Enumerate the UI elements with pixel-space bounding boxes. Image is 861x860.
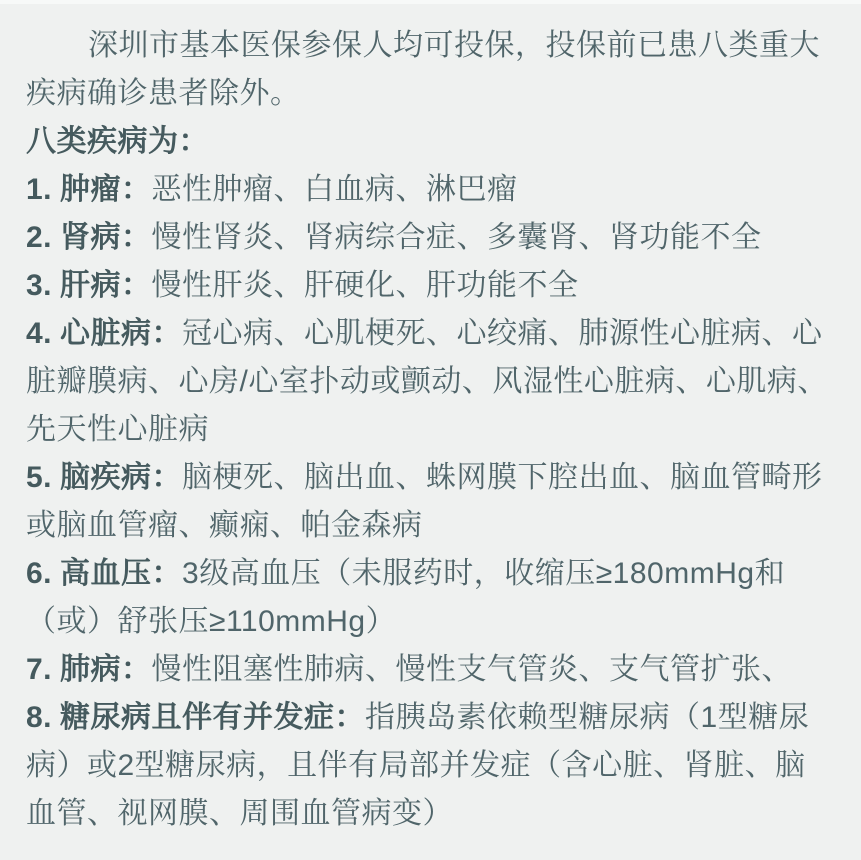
item-number: 2. xyxy=(26,221,52,254)
disease-item-diabetes: 8.糖尿病且伴有并发症：指胰岛素依赖型糖尿病（1型糖尿病）或2型糖尿病，且伴有局… xyxy=(26,694,835,838)
item-label: 肝病： xyxy=(60,269,152,302)
item-label: 高血压： xyxy=(60,557,182,590)
item-number: 4. xyxy=(26,317,52,350)
disease-item-kidney: 2.肾病：慢性肾炎、肾病综合症、多囊肾、肾功能不全 xyxy=(26,214,835,262)
insurance-notice-document: 深圳市基本医保参保人均可投保，投保前已患八类重大疾病确诊患者除外。 八类疾病为：… xyxy=(0,0,861,860)
eight-diseases-heading: 八类疾病为： xyxy=(26,118,835,166)
item-label: 肾病： xyxy=(60,221,152,254)
heading-text: 八类疾病为： xyxy=(26,125,209,158)
item-content: 恶性肿瘤、白血病、淋巴瘤 xyxy=(152,173,518,206)
document-body: 深圳市基本医保参保人均可投保，投保前已患八类重大疾病确诊患者除外。 八类疾病为：… xyxy=(26,22,835,838)
disease-item-lung: 7.肺病：慢性阻塞性肺病、慢性支气管炎、支气管扩张、 xyxy=(26,646,835,694)
item-number: 1. xyxy=(26,173,52,206)
item-content: 慢性阻塞性肺病、慢性支气管炎、支气管扩张、 xyxy=(152,653,793,686)
item-label: 心脏病： xyxy=(60,317,182,350)
item-content: 慢性肾炎、肾病综合症、多囊肾、肾功能不全 xyxy=(152,221,762,254)
item-number: 8. xyxy=(26,701,52,734)
item-label: 肺病： xyxy=(60,653,152,686)
disease-item-heart: 4.心脏病：冠心病、心肌梗死、心绞痛、肺源性心脏病、心脏瓣膜病、心房/心室扑动或… xyxy=(26,310,835,454)
item-number: 3. xyxy=(26,269,52,302)
item-number: 6. xyxy=(26,557,52,590)
disease-item-liver: 3.肝病：慢性肝炎、肝硬化、肝功能不全 xyxy=(26,262,835,310)
disease-item-hypertension: 6.高血压：3级高血压（未服药时，收缩压≥180mmHg和（或）舒张压≥110m… xyxy=(26,550,835,646)
intro-paragraph: 深圳市基本医保参保人均可投保，投保前已患八类重大疾病确诊患者除外。 xyxy=(26,22,835,118)
item-content: 慢性肝炎、肝硬化、肝功能不全 xyxy=(152,269,579,302)
item-number: 5. xyxy=(26,461,52,494)
disease-item-brain: 5.脑疾病：脑梗死、脑出血、蛛网膜下腔出血、脑血管畸形或脑血管瘤、癫痫、帕金森病 xyxy=(26,454,835,550)
item-label: 糖尿病且伴有并发症： xyxy=(60,701,365,734)
item-label: 脑疾病： xyxy=(60,461,182,494)
item-number: 7. xyxy=(26,653,52,686)
disease-item-tumor: 1.肿瘤：恶性肿瘤、白血病、淋巴瘤 xyxy=(26,166,835,214)
item-label: 肿瘤： xyxy=(60,173,152,206)
